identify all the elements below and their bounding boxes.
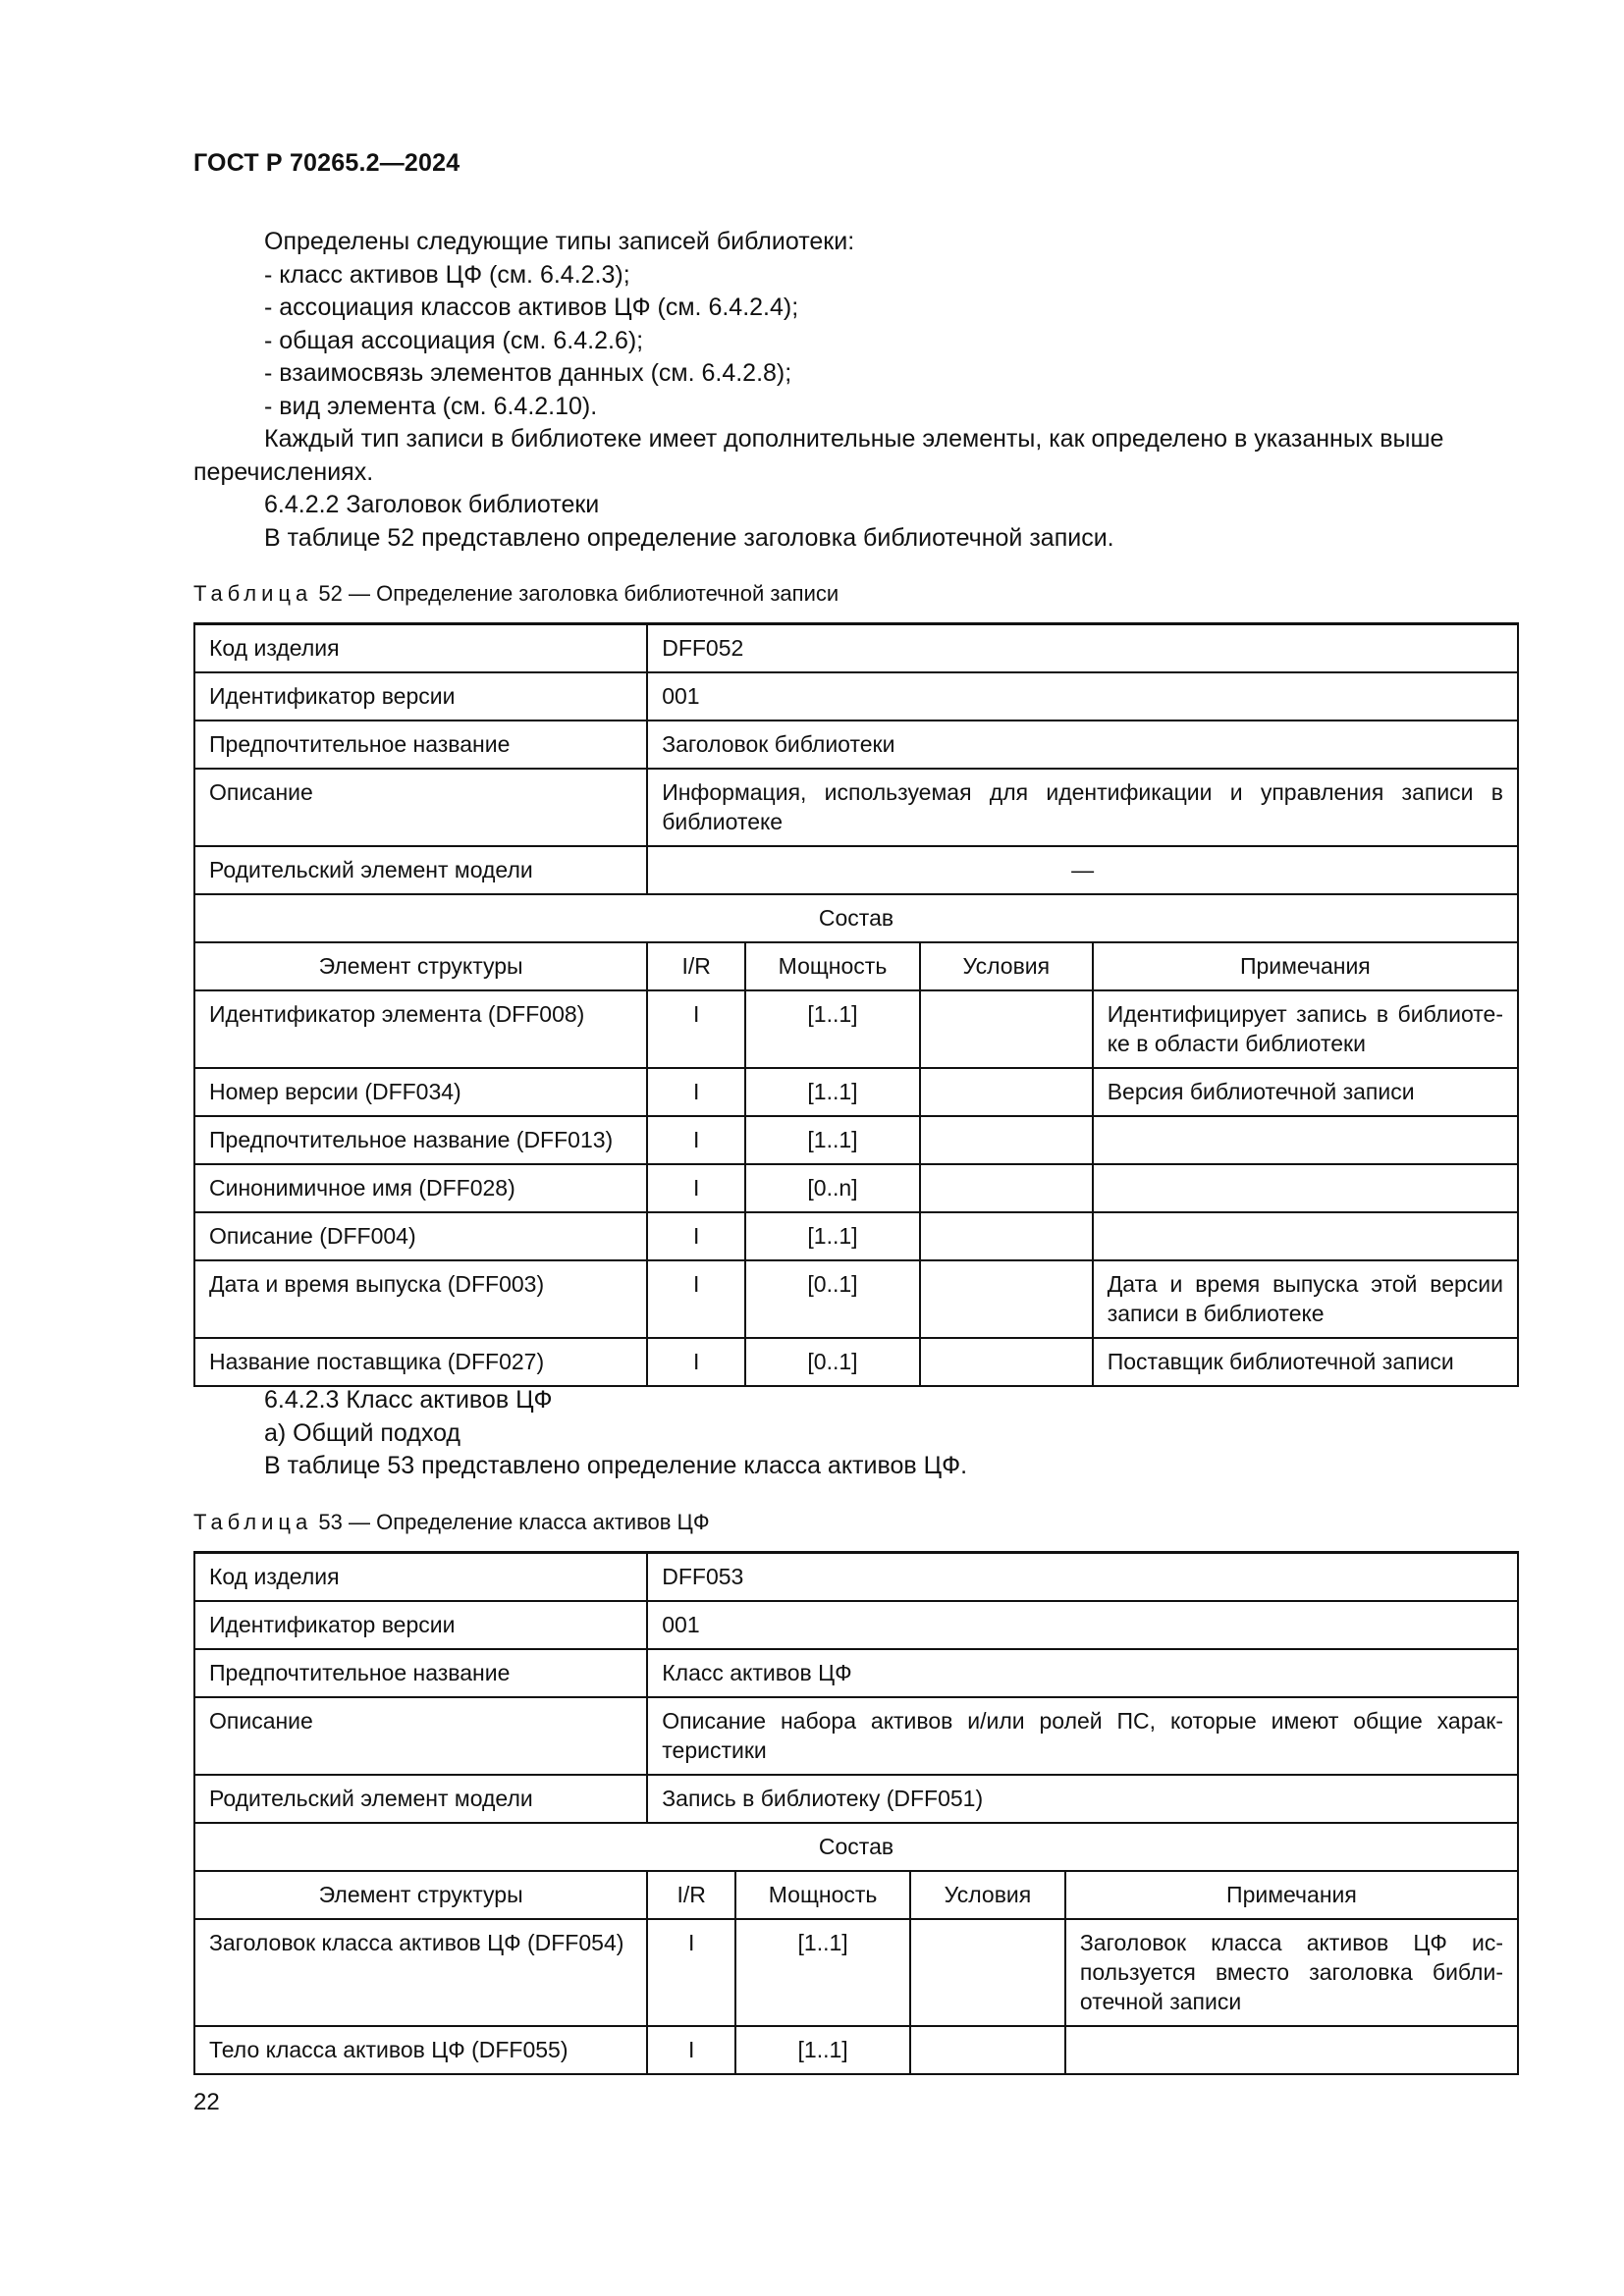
conditions-value [920,1164,1093,1212]
notes-value [1093,1164,1518,1212]
column-header: Мощность [745,942,920,990]
field-label: Код изделия [194,624,647,673]
field-label: Предпочтительное название [194,721,647,769]
section-heading-6422: 6.4.2.2 Заголовок библиотеки [193,489,1519,522]
field-value: 001 [647,672,1518,721]
field-value: DFF052 [647,624,1518,673]
table53-intro: В таблице 53 представлено определение кл… [193,1450,1519,1483]
field-value: — [647,846,1518,894]
table-row: Дата и время выпуска (DFF003)I[0..1]Дата… [194,1260,1518,1338]
ir-value: I [647,1068,745,1116]
table-row: Описание (DFF004)I[1..1] [194,1212,1518,1260]
column-header: I/R [647,942,745,990]
field-label: Описание [194,1697,647,1775]
structure-element: Идентификатор элемента (DFF008) [194,990,647,1068]
composition-row: Состав [194,894,1518,942]
field-label: Родительский элемент модели [194,846,647,894]
cardinality-value: [1..1] [745,1116,920,1164]
intro-section: Определены следующие типы записей библио… [193,226,1519,555]
composition-row: Состав [194,1823,1518,1871]
field-value: DFF053 [647,1553,1518,1602]
table-header-row: Код изделияDFF052 [194,624,1518,673]
ir-value: I [647,1116,745,1164]
table-row: Тело класса активов ЦФ (DFF055)I[1..1] [194,2026,1518,2074]
section-6423: 6.4.2.3 Класс активов ЦФ а) Общий подход… [193,1384,1519,1483]
field-value: Информация, используемая для идентификац… [647,769,1518,846]
column-header: Условия [920,942,1093,990]
list-item: - ассоциация классов активов ЦФ (см. 6.4… [193,292,1519,325]
table-header-row: ОписаниеИнформация, используемая для иде… [194,769,1518,846]
structure-element: Тело класса активов ЦФ (DFF055) [194,2026,647,2074]
column-header-row: Элемент структурыI/RМощностьУсловияПриме… [194,1871,1518,1919]
ir-value: I [647,1919,735,2026]
notes-value: Заголовок класса активов ЦФ ис-пользуетс… [1065,1919,1518,2026]
composition-title: Состав [194,894,1518,942]
table52-intro: В таблице 52 представлено определение за… [193,522,1519,556]
structure-element: Описание (DFF004) [194,1212,647,1260]
conditions-value [920,1212,1093,1260]
conditions-value [920,1260,1093,1338]
section-subtitle: а) Общий подход [193,1417,1519,1451]
table-header-row: Идентификатор версии001 [194,672,1518,721]
ir-value: I [647,1212,745,1260]
table-row: Идентификатор элемента (DFF008)I[1..1]Ид… [194,990,1518,1068]
cardinality-value: [0..n] [745,1164,920,1212]
section-heading-6423: 6.4.2.3 Класс активов ЦФ [193,1384,1519,1417]
field-label: Родительский элемент модели [194,1775,647,1823]
structure-element: Предпочтительное название (DFF013) [194,1116,647,1164]
field-value: Заголовок библиотеки [647,721,1518,769]
conditions-value [920,1116,1093,1164]
conditions-value [910,2026,1065,2074]
column-header: Элемент структуры [194,1871,647,1919]
composition-title: Состав [194,1823,1518,1871]
table-header-row: ОписаниеОписание набора активов и/или ро… [194,1697,1518,1775]
cardinality-value: [1..1] [745,1068,920,1116]
cardinality-value: [1..1] [735,2026,910,2074]
document-header: ГОСТ Р 70265.2—2024 [193,149,460,178]
conditions-value [920,1338,1093,1386]
notes-value [1093,1116,1518,1164]
table-row: Заголовок класса активов ЦФ (DFF054)I[1.… [194,1919,1518,2026]
structure-element: Название поставщика (DFF027) [194,1338,647,1386]
conditions-value [920,1068,1093,1116]
column-header-row: Элемент структурыI/RМощностьУсловияПриме… [194,942,1518,990]
conditions-value [910,1919,1065,2026]
list-item: - класс активов ЦФ (см. 6.4.2.3); [193,259,1519,293]
column-header: Условия [910,1871,1065,1919]
table-header-row: Код изделияDFF053 [194,1553,1518,1602]
table-row: Синонимичное имя (DFF028)I[0..n] [194,1164,1518,1212]
notes-value [1065,2026,1518,2074]
ir-value: I [647,1260,745,1338]
conditions-value [920,990,1093,1068]
field-label: Описание [194,769,647,846]
table-row: Название поставщика (DFF027)I[0..1]Поста… [194,1338,1518,1386]
field-value: Запись в библиотеку (DFF051) [647,1775,1518,1823]
ir-value: I [647,990,745,1068]
table-header-row: Идентификатор версии001 [194,1601,1518,1649]
ir-value: I [647,1164,745,1212]
field-value: 001 [647,1601,1518,1649]
cardinality-value: [1..1] [745,990,920,1068]
table53-caption: Таблица 53 — Определение класса активов … [193,1510,710,1535]
cardinality-value: [0..1] [745,1338,920,1386]
intro-paragraph: Каждый тип записи в библиотеке имеет доп… [193,423,1519,489]
ir-value: I [647,2026,735,2074]
notes-value: Версия библиотечной записи [1093,1068,1518,1116]
notes-value: Идентифицирует запись в библиоте-ке в об… [1093,990,1518,1068]
table-header-row: Предпочтительное названиеЗаголовок библи… [194,721,1518,769]
structure-element: Дата и время выпуска (DFF003) [194,1260,647,1338]
structure-element: Синонимичное имя (DFF028) [194,1164,647,1212]
table-header-row: Предпочтительное названиеКласс активов Ц… [194,1649,1518,1697]
list-item: - общая ассоциация (см. 6.4.2.6); [193,325,1519,358]
table-header-row: Родительский элемент моделиЗапись в библ… [194,1775,1518,1823]
table-52: Код изделияDFF052Идентификатор версии001… [193,622,1519,1387]
notes-value: Поставщик библиотечной записи [1093,1338,1518,1386]
field-label: Идентификатор версии [194,1601,647,1649]
table-53: Код изделияDFF053Идентификатор версии001… [193,1551,1519,2075]
page-number: 22 [193,2089,220,2116]
field-value: Описание набора активов и/или ролей ПС, … [647,1697,1518,1775]
column-header: Примечания [1093,942,1518,990]
structure-element: Заголовок класса активов ЦФ (DFF054) [194,1919,647,2026]
field-label: Код изделия [194,1553,647,1602]
structure-element: Номер версии (DFF034) [194,1068,647,1116]
field-label: Предпочтительное название [194,1649,647,1697]
notes-value [1093,1212,1518,1260]
ir-value: I [647,1338,745,1386]
table-row: Номер версии (DFF034)I[1..1]Версия библи… [194,1068,1518,1116]
column-header: Мощность [735,1871,910,1919]
cardinality-value: [1..1] [735,1919,910,2026]
list-item: - вид элемента (см. 6.4.2.10). [193,391,1519,424]
column-header: Примечания [1065,1871,1518,1919]
column-header: Элемент структуры [194,942,647,990]
intro-lead: Определены следующие типы записей библио… [193,226,1519,259]
table-row: Предпочтительное название (DFF013)I[1..1… [194,1116,1518,1164]
cardinality-value: [0..1] [745,1260,920,1338]
notes-value: Дата и время выпуска этой версии записи … [1093,1260,1518,1338]
field-label: Идентификатор версии [194,672,647,721]
list-item: - взаимосвязь элементов данных (см. 6.4.… [193,357,1519,391]
cardinality-value: [1..1] [745,1212,920,1260]
table52-caption: Таблица 52 — Определение заголовка библи… [193,581,839,607]
column-header: I/R [647,1871,735,1919]
table-header-row: Родительский элемент модели— [194,846,1518,894]
field-value: Класс активов ЦФ [647,1649,1518,1697]
